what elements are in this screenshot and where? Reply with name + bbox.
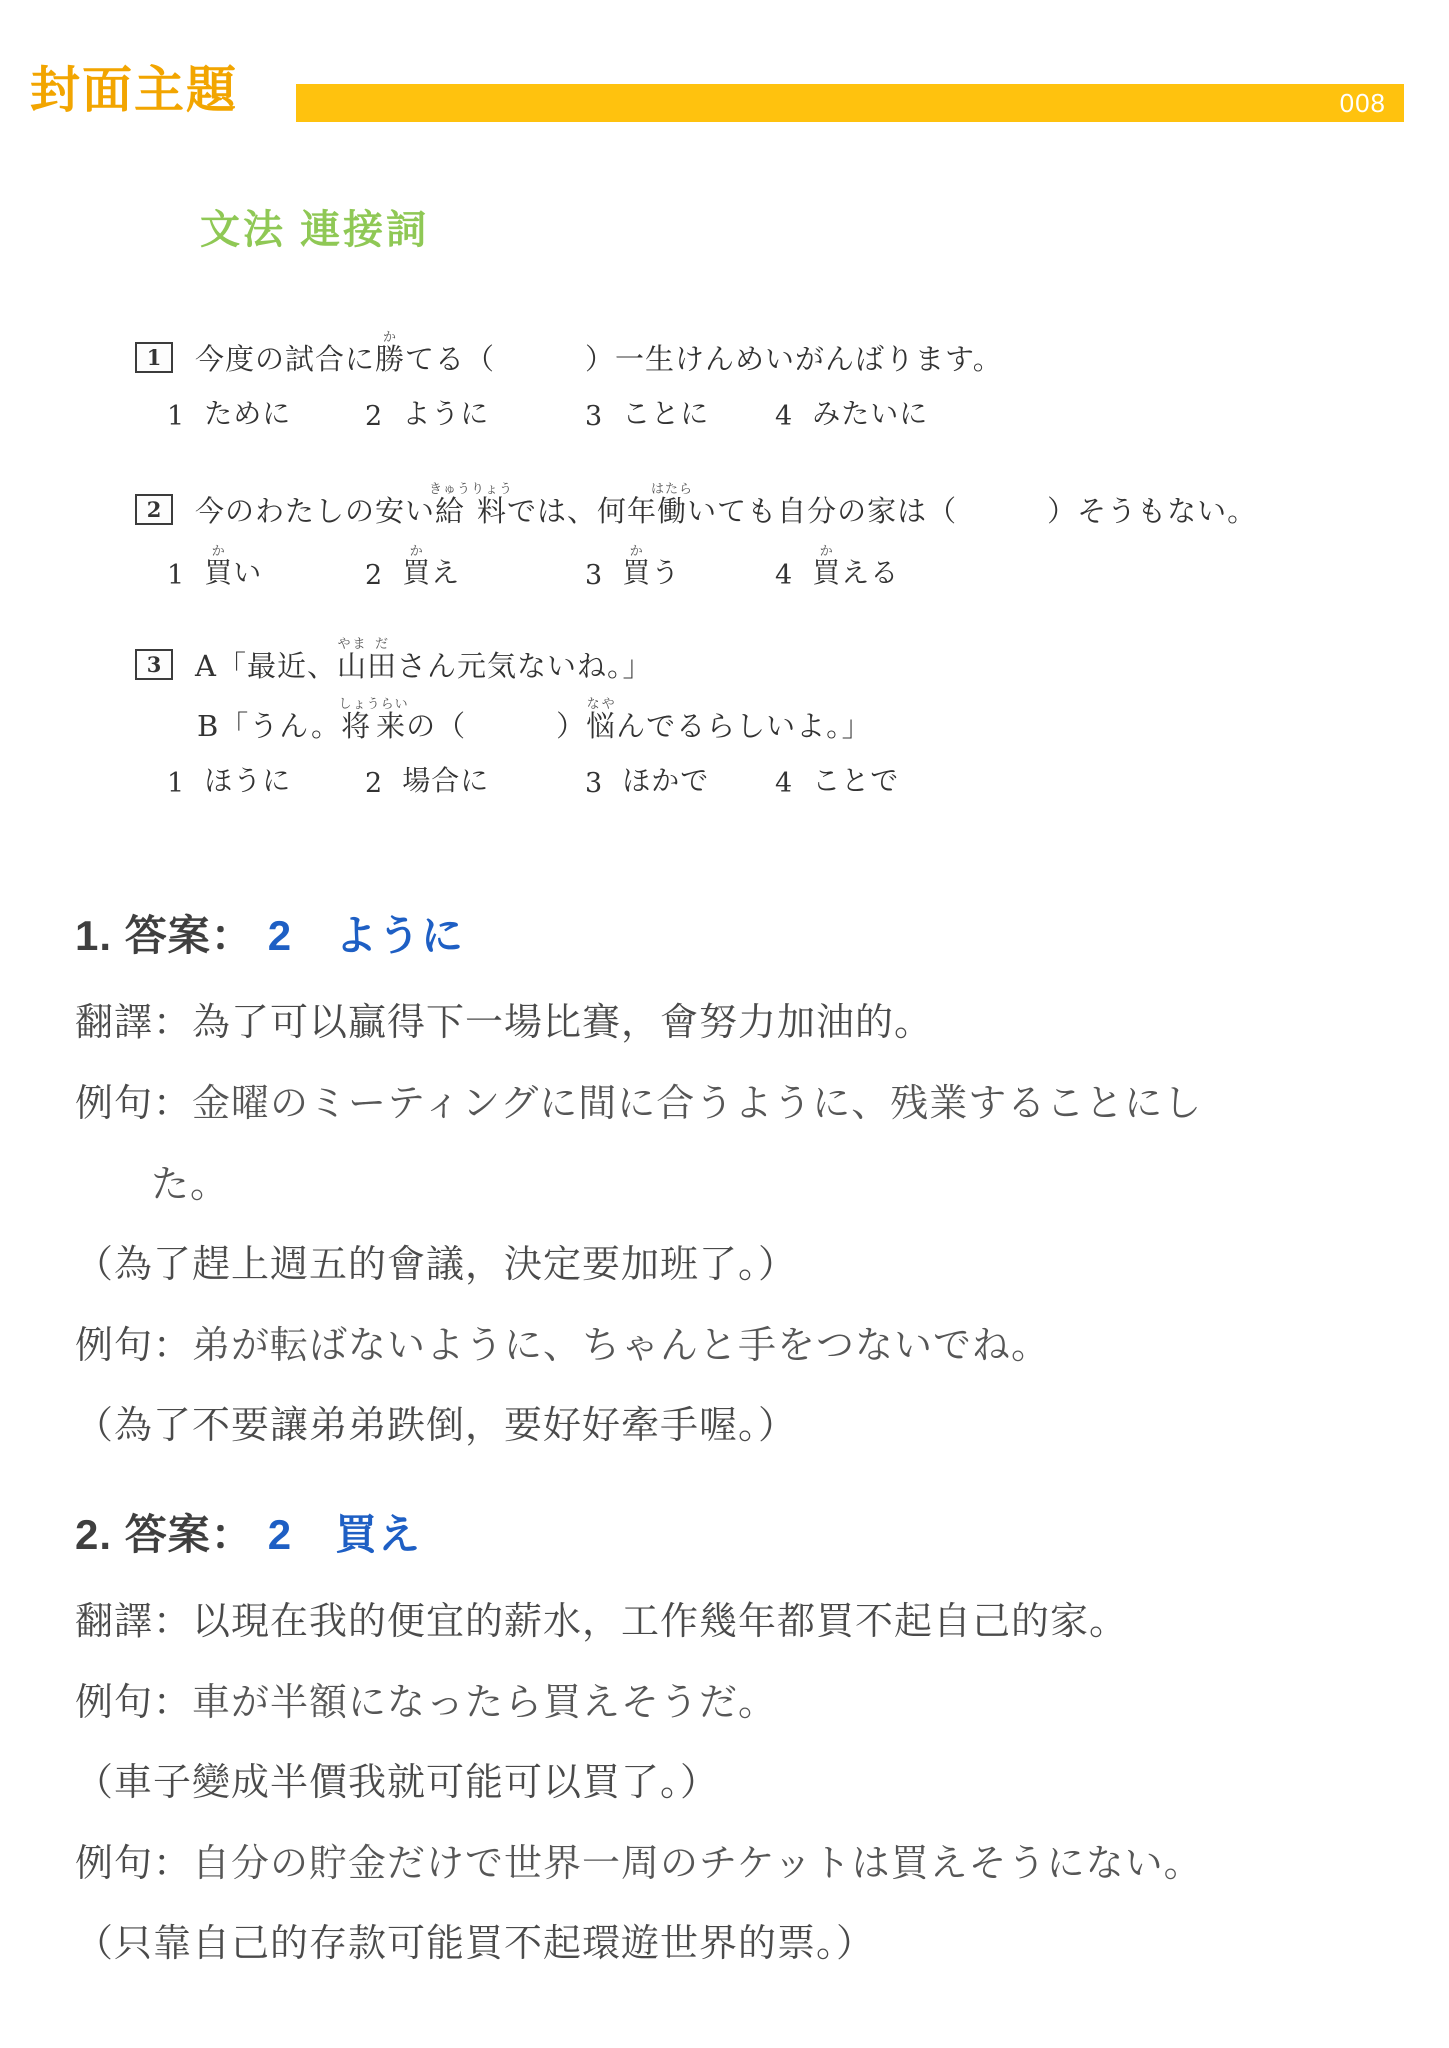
question-3-line-a: 3 A「最近、山やま田ださん元気ないね。」 bbox=[135, 637, 1335, 683]
question-text: 今度の試合に勝かてる（ ）一生けんめいがんばります。 bbox=[195, 330, 1003, 376]
answer-section-1: 1. 答案：2 ように 翻譯：為了可以贏得下一場比賽，會努力加油的。 例句：金曜… bbox=[75, 903, 1415, 1450]
question-3: 3 A「最近、山やま田ださん元気ないね。」 B「うん。将来しょうらいの（ ）悩な… bbox=[135, 637, 1335, 799]
header-accent-bar: 008 bbox=[296, 84, 1404, 122]
answer-heading-label: 1. 答案： bbox=[75, 912, 254, 959]
option: 1買かい bbox=[167, 544, 365, 591]
question-text: B「うん。将来しょうらいの（ ）悩なやんでるらしいよ。」 bbox=[197, 697, 872, 743]
options-row: 1ために 2ように 3ことに 4みたいに bbox=[167, 392, 1335, 432]
option: 1ために bbox=[167, 392, 365, 432]
answer-section-2: 2. 答案：2 買え 翻譯：以現在我的便宜的薪水，工作幾年都買不起自己的家。 例… bbox=[75, 1502, 1415, 1968]
answer-heading-label: 2. 答案： bbox=[75, 1511, 254, 1558]
option: 1ほうに bbox=[167, 759, 365, 799]
question-block: 1 今度の試合に勝かてる（ ）一生けんめいがんばります。 1ために 2ように 3… bbox=[135, 330, 1335, 799]
question-text: 今のわたしの安い給料きゅうりょうでは、何年働はたらいても自分の家は（ ）そうもな… bbox=[195, 482, 1257, 528]
translation-line: 翻譯：以現在我的便宜的薪水，工作幾年都買不起自己的家。 bbox=[75, 1598, 1415, 1646]
textbook-page: 封面主題 008 文法 連接詞 1 今度の試合に勝かてる（ ）一生けんめいがんば… bbox=[0, 0, 1449, 2048]
option: 3ほかで bbox=[585, 759, 775, 799]
example-translation-line: （只靠自己的存款可能買不起環遊世界的票。） bbox=[75, 1920, 1415, 1968]
option: 3買かう bbox=[585, 544, 775, 591]
translation-line: 翻譯：為了可以贏得下一場比賽，會努力加油的。 bbox=[75, 999, 1415, 1047]
option: 4買かえる bbox=[775, 544, 899, 591]
question-number-box: 3 bbox=[135, 649, 173, 680]
example-line-continuation: た。 bbox=[75, 1160, 1415, 1209]
question-1-line: 1 今度の試合に勝かてる（ ）一生けんめいがんばります。 bbox=[135, 330, 1335, 376]
section-title: 文法 連接詞 bbox=[200, 198, 429, 255]
answer-block: 1. 答案：2 ように 翻譯：為了可以贏得下一場比賽，會努力加油的。 例句：金曜… bbox=[75, 903, 1415, 2000]
option: 2場合に bbox=[365, 759, 585, 799]
example-line: 例句：弟が転ばないように、ちゃんと手をつないでね。 bbox=[75, 1321, 1415, 1370]
option: 2買かえ bbox=[365, 544, 585, 591]
answer-value: 2 買え bbox=[268, 1511, 421, 1558]
example-line: 例句：自分の貯金だけで世界一周のチケットは買えそうにない。 bbox=[75, 1839, 1415, 1888]
example-line: 例句：金曜のミーティングに間に合うように、残業することにし bbox=[75, 1079, 1415, 1128]
question-3-line-b: B「うん。将来しょうらいの（ ）悩なやんでるらしいよ。」 bbox=[197, 697, 1335, 743]
options-row: 1ほうに 2場合に 3ほかで 4ことで bbox=[167, 759, 1335, 799]
example-translation-line: （為了趕上週五的會議，決定要加班了。） bbox=[75, 1241, 1415, 1289]
options-row: 1買かい 2買かえ 3買かう 4買かえる bbox=[167, 544, 1335, 591]
option: 2ように bbox=[365, 392, 585, 432]
example-translation-line: （車子變成半價我就可能可以買了。） bbox=[75, 1759, 1415, 1807]
question-2-line: 2 今のわたしの安い給料きゅうりょうでは、何年働はたらいても自分の家は（ ）そう… bbox=[135, 482, 1335, 528]
question-1: 1 今度の試合に勝かてる（ ）一生けんめいがんばります。 1ために 2ように 3… bbox=[135, 330, 1335, 432]
question-text: A「最近、山やま田ださん元気ないね。」 bbox=[195, 637, 653, 683]
example-translation-line: （為了不要讓弟弟跌倒，要好好牽手喔。） bbox=[75, 1402, 1415, 1450]
question-2: 2 今のわたしの安い給料きゅうりょうでは、何年働はたらいても自分の家は（ ）そう… bbox=[135, 482, 1335, 591]
question-number-box: 2 bbox=[135, 494, 173, 525]
answer-value: 2 ように bbox=[268, 912, 464, 959]
option: 4みたいに bbox=[775, 392, 928, 432]
page-title: 封面主題 bbox=[30, 50, 238, 122]
answer-heading: 1. 答案：2 ように bbox=[75, 903, 1415, 963]
answer-heading: 2. 答案：2 買え bbox=[75, 1502, 1415, 1562]
page-number: 008 bbox=[1340, 88, 1386, 119]
option: 3ことに bbox=[585, 392, 775, 432]
example-line: 例句：車が半額になったら買えそうだ。 bbox=[75, 1678, 1415, 1727]
question-number-box: 1 bbox=[135, 342, 173, 373]
option: 4ことで bbox=[775, 759, 899, 799]
